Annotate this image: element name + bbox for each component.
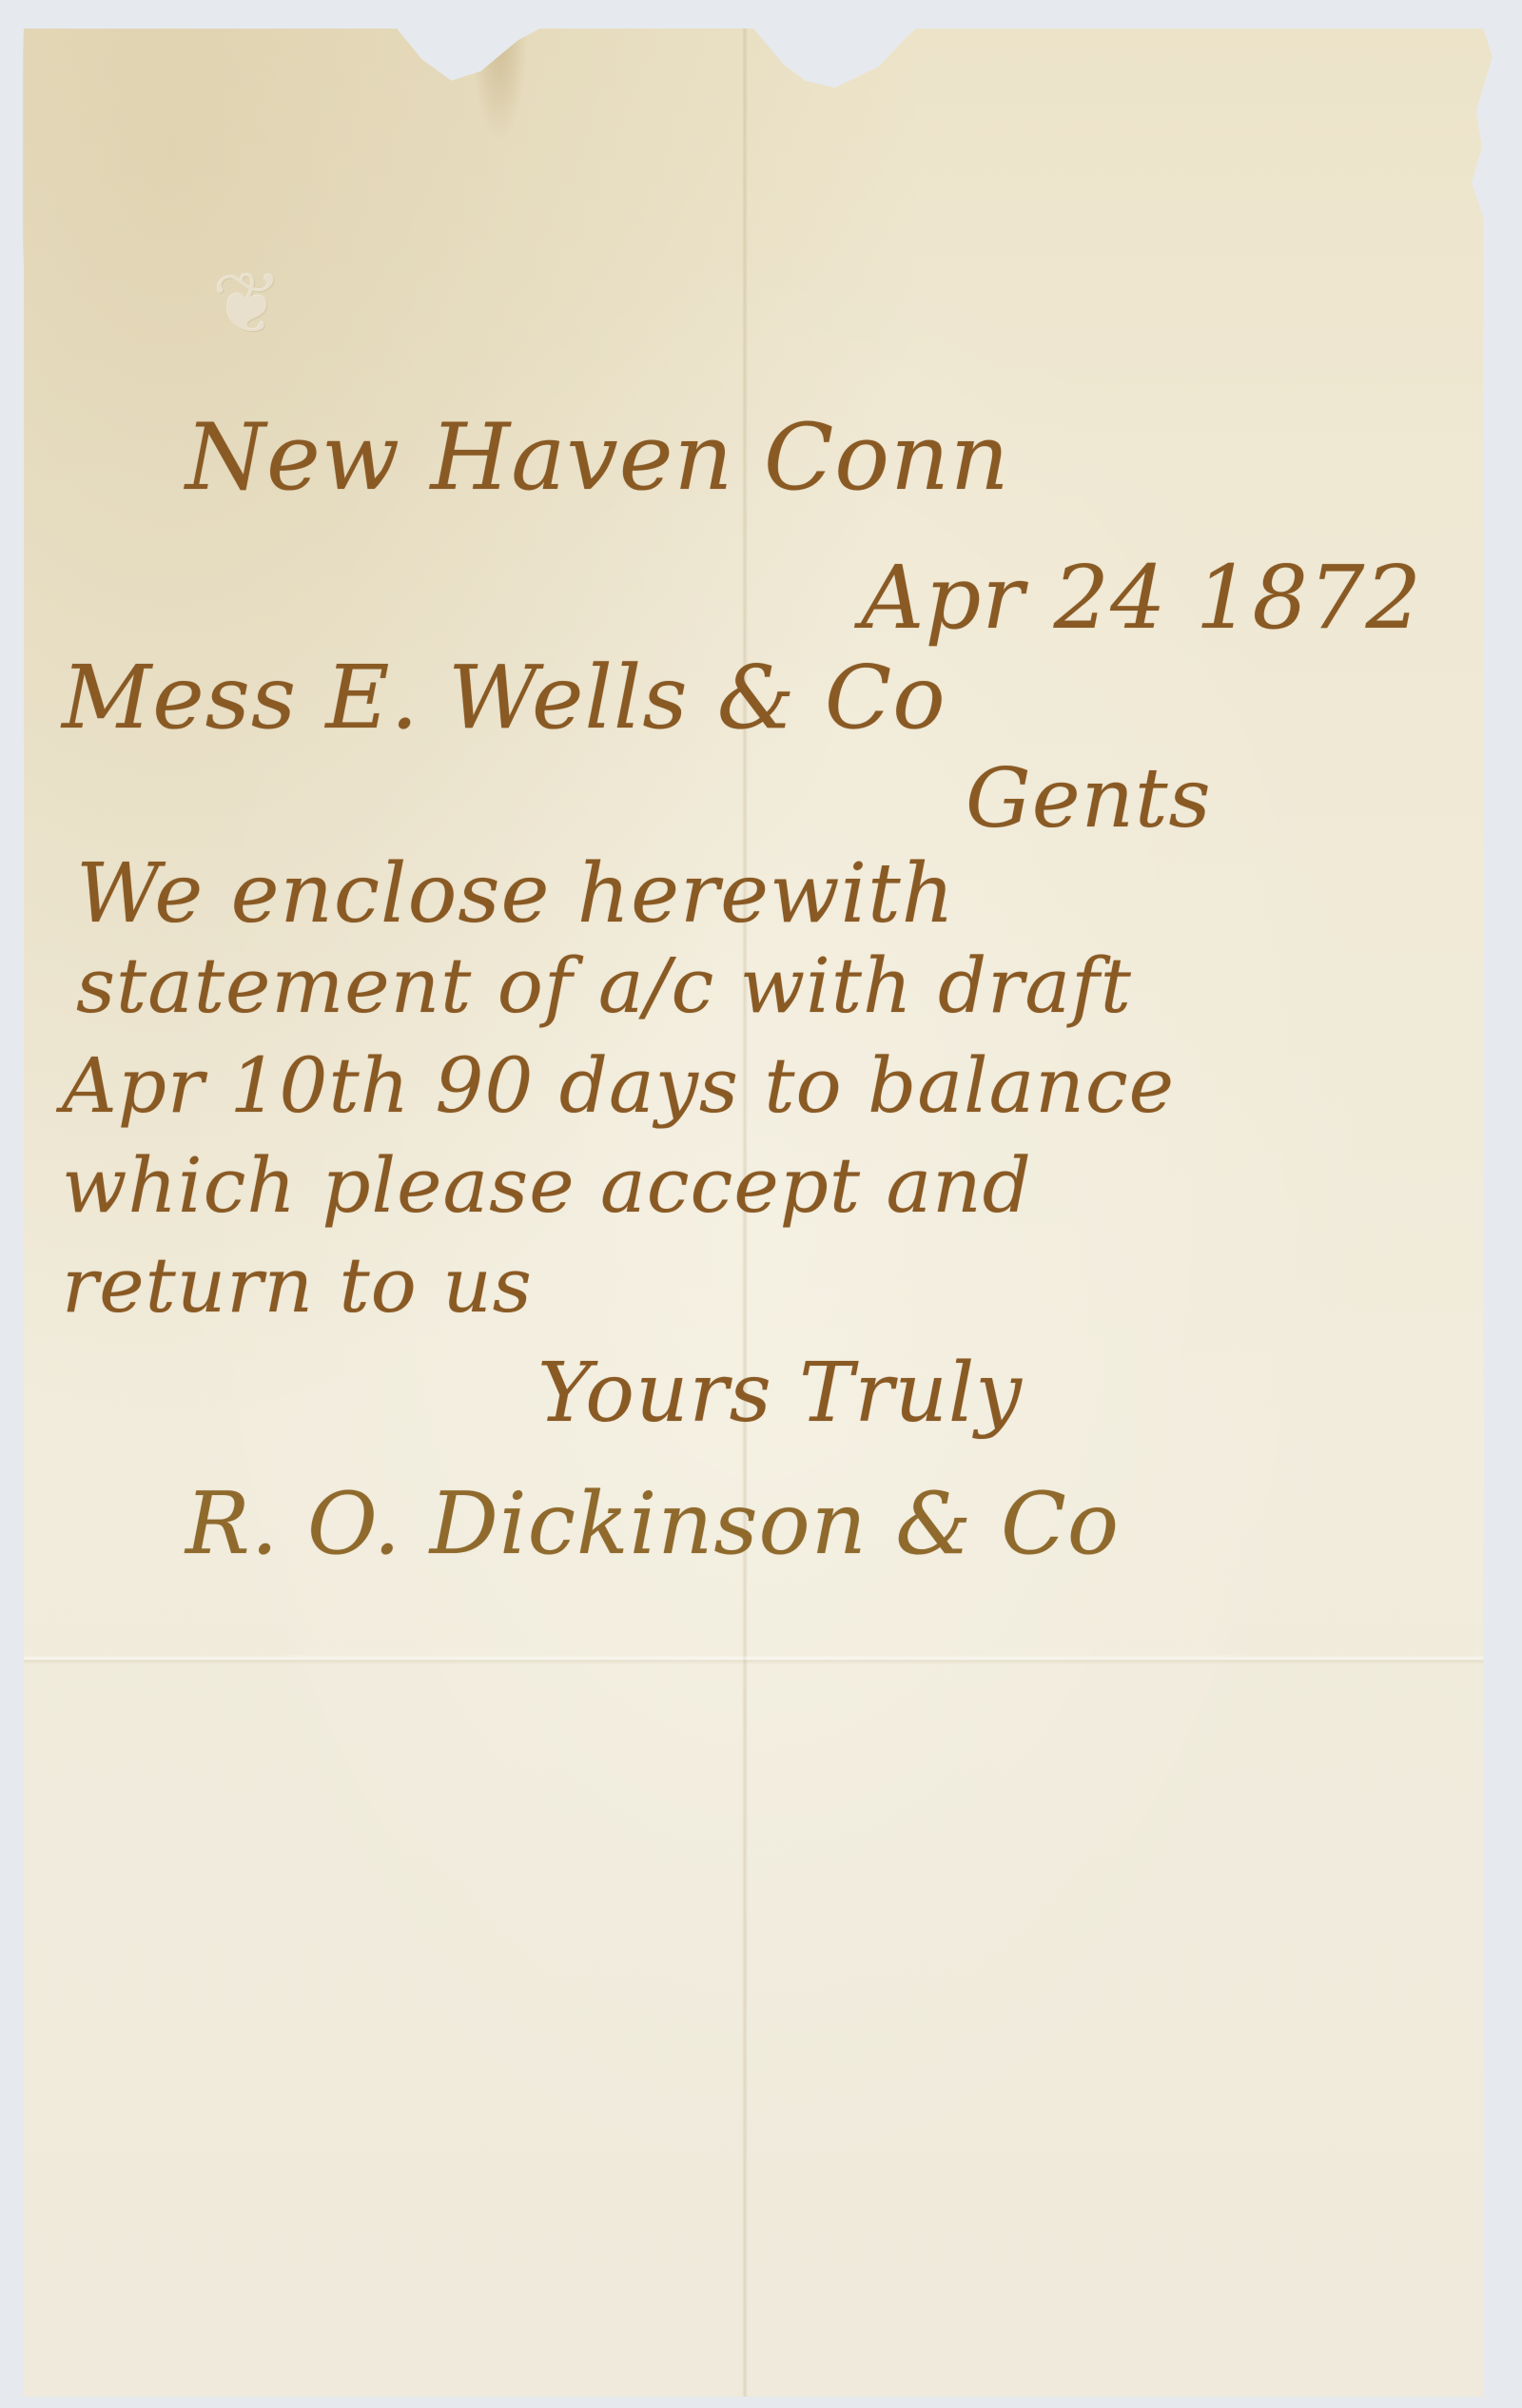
- horizontal-fold-crease: [24, 1655, 1498, 1664]
- letter-body-line: which please accept and: [62, 1141, 1032, 1230]
- letter-closing: Yours Truly: [537, 1346, 1023, 1441]
- letter-addressee: Mess E. Wells & Co: [62, 647, 946, 748]
- letter-signature: R. O. Dickinson & Co: [185, 1474, 1120, 1574]
- letter-body-line: Apr 10th 90 days to balance: [62, 1041, 1175, 1130]
- scan-background: ❦ New Haven Conn Apr 24 1872 Mess E. Wel…: [0, 0, 1522, 2408]
- letter-paper: ❦ New Haven Conn Apr 24 1872 Mess E. Wel…: [24, 29, 1498, 2397]
- letter-salutation: Gents: [966, 751, 1212, 846]
- letter-date: Apr 24 1872: [861, 547, 1422, 649]
- paper-stain: [471, 29, 528, 143]
- embossed-stationery-mark-icon: ❦: [166, 243, 328, 366]
- letter-body-line: statement of a/c with draft: [76, 942, 1132, 1030]
- letter-body-line: We enclose herewith: [76, 846, 955, 942]
- letter-body-line: return to us: [62, 1241, 533, 1330]
- letter-place: New Haven Conn: [185, 404, 1010, 511]
